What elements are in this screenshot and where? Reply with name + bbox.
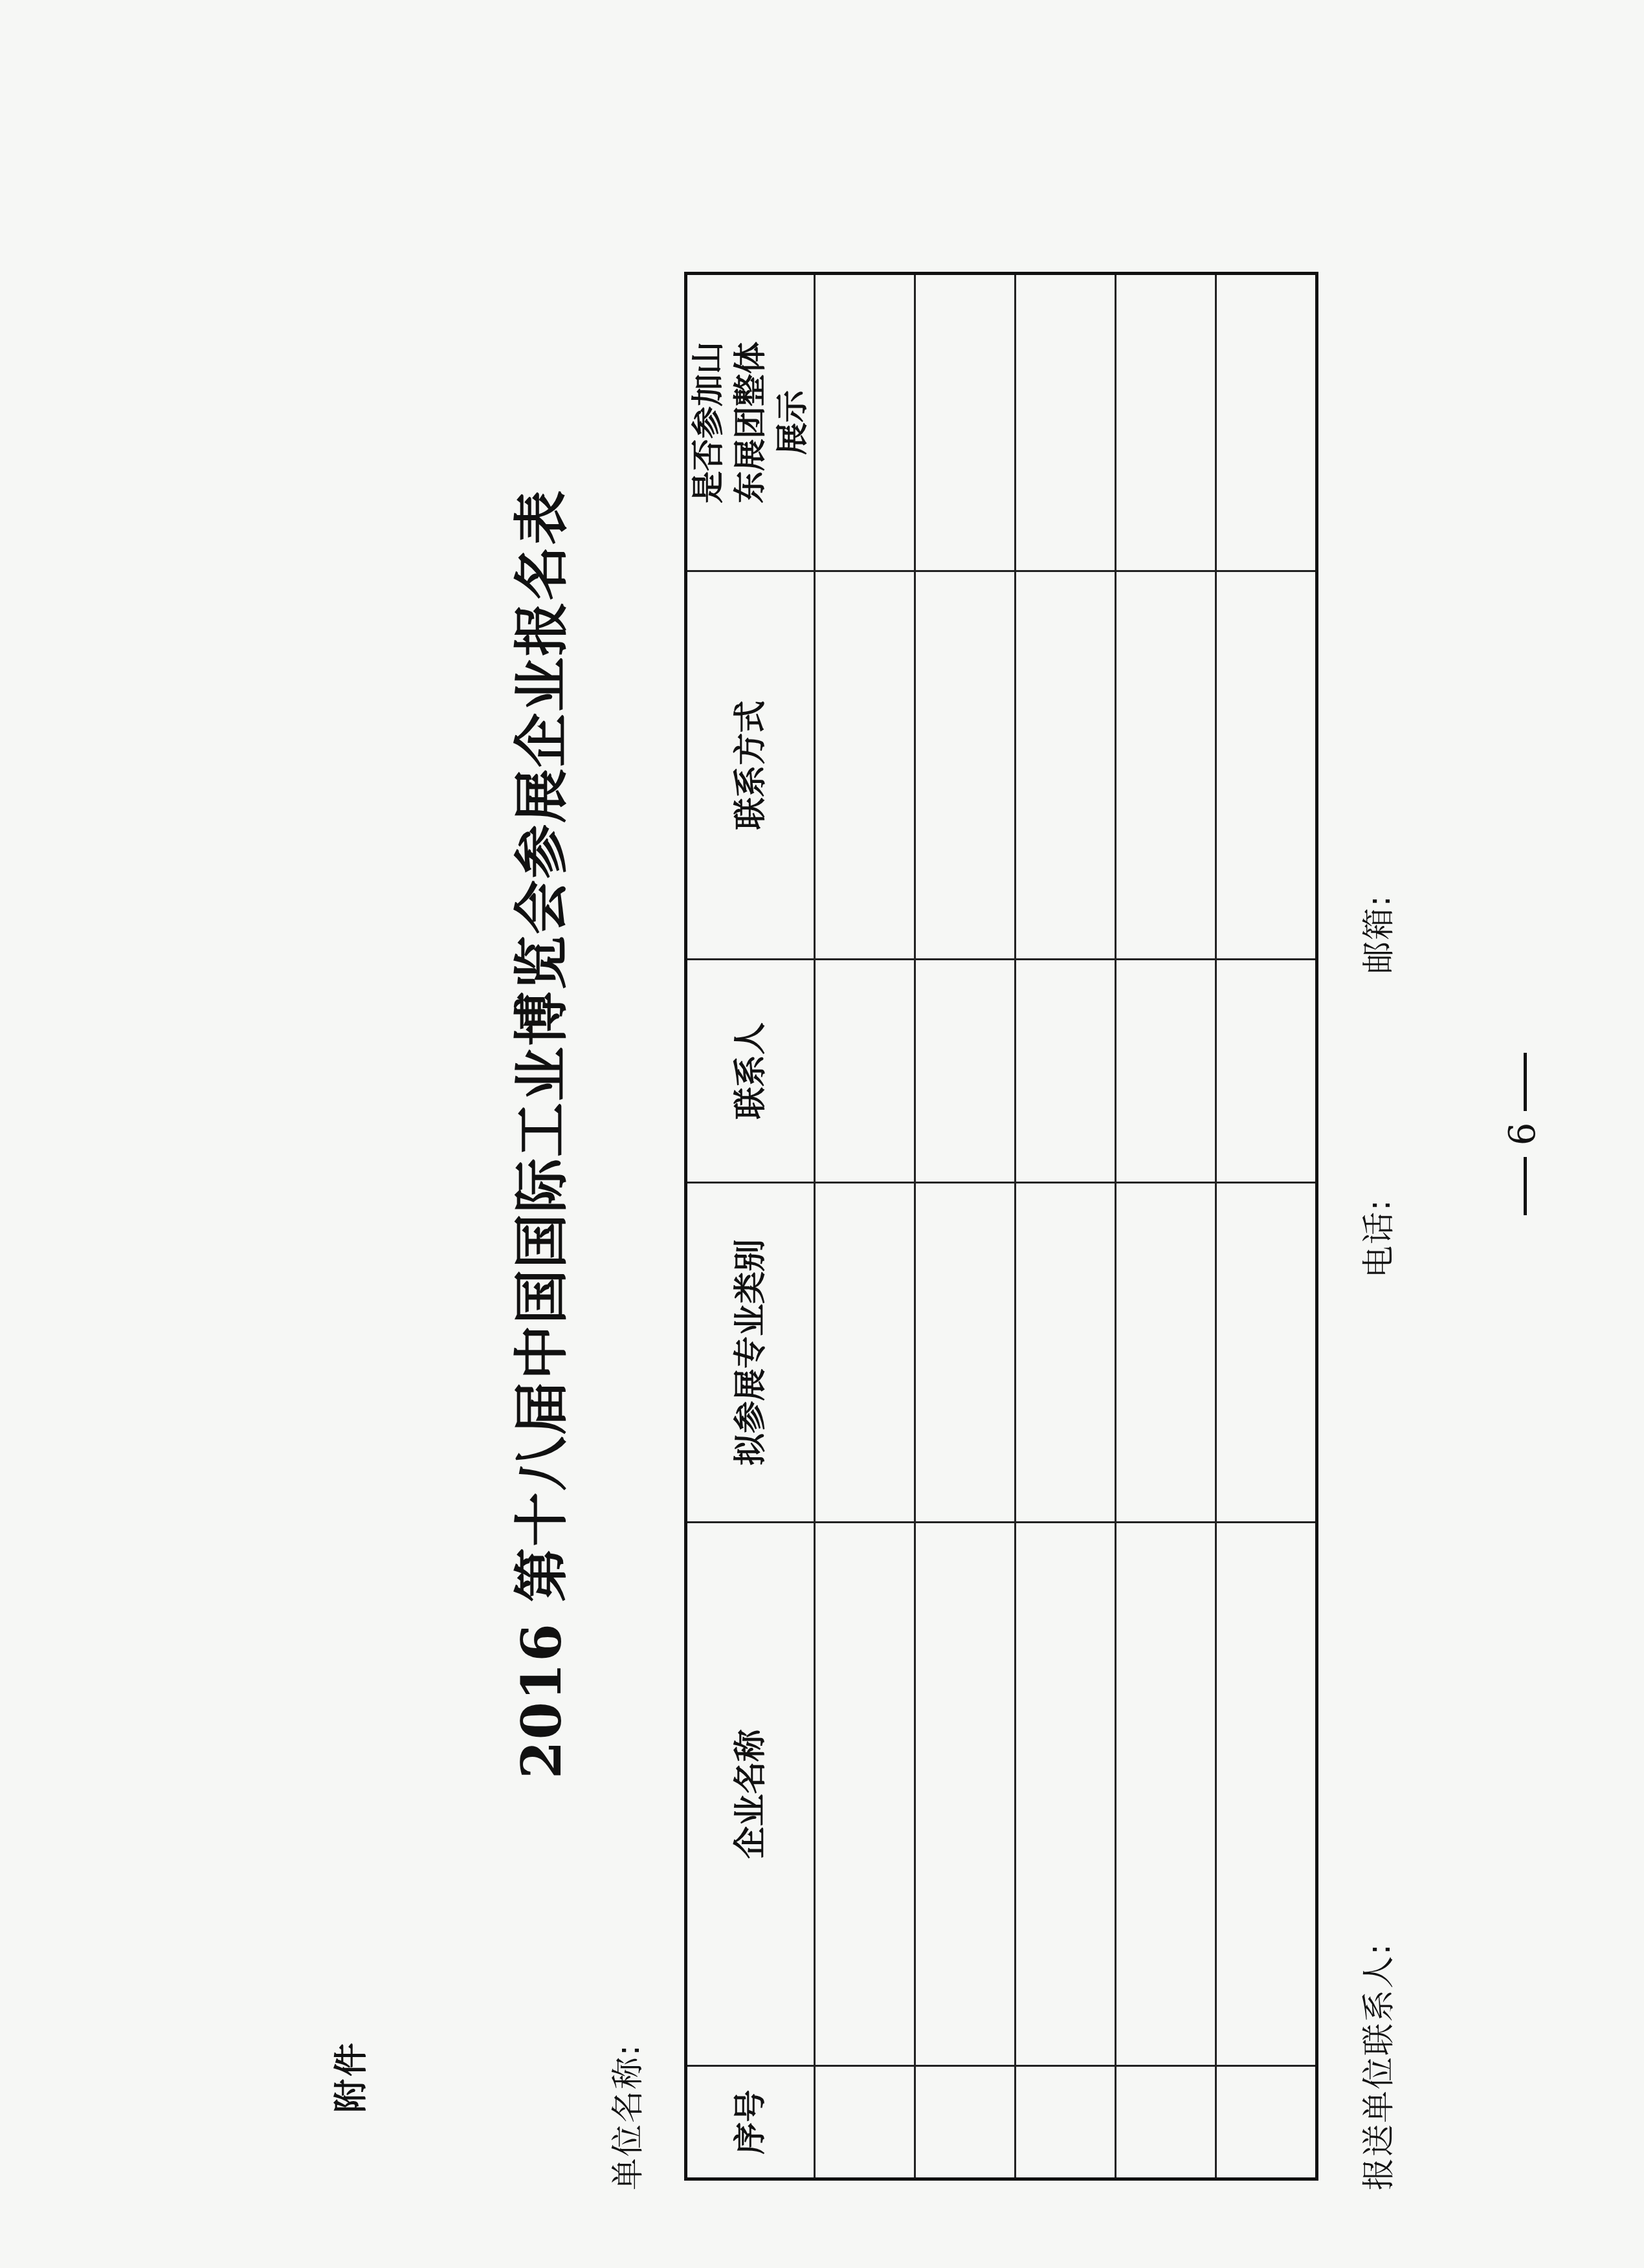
cell-join-shandong-group[interactable] (1016, 274, 1116, 571)
header-contact-person: 联系人 (686, 960, 815, 1183)
cell-contact-person[interactable] (1116, 960, 1216, 1183)
contact-info-field[interactable] (816, 572, 914, 958)
join-shandong-group-field[interactable] (1016, 275, 1115, 570)
join-shandong-group-field[interactable] (816, 275, 914, 570)
contact-info-field[interactable] (916, 572, 1014, 958)
header-contact-info: 联系方式 (686, 571, 815, 960)
cell-contact-info[interactable] (1216, 571, 1317, 960)
footer-phone-label: 电话: (1353, 1198, 1399, 1278)
cell-category[interactable] (1016, 1183, 1116, 1523)
page-number-text: 6 (1502, 1123, 1544, 1146)
join-shandong-group-field[interactable] (1116, 275, 1215, 570)
cell-category[interactable] (815, 1183, 915, 1523)
header-company-name: 企业名称 (686, 1523, 815, 2066)
dash-right (1524, 1053, 1527, 1111)
company-name-field[interactable] (1217, 1523, 1315, 2065)
seq-field[interactable] (1016, 2067, 1115, 2177)
join-shandong-group-field[interactable] (1217, 275, 1315, 570)
document-page: 附件 2016 第十八届中国国际工业博览会参展企业报名表 单位名称: 序号 企业… (0, 0, 1644, 2268)
cell-contact-person[interactable] (815, 960, 915, 1183)
page-number: 6 (1502, 0, 1544, 2268)
company-name-field[interactable] (1116, 1523, 1215, 2065)
cell-contact-info[interactable] (1016, 571, 1116, 960)
cell-join-shandong-group[interactable] (915, 274, 1016, 571)
cell-company-name[interactable] (1116, 1523, 1216, 2066)
category-field[interactable] (1217, 1184, 1315, 1521)
page-title: 2016 第十八届中国国际工业博览会参展企业报名表 (498, 0, 577, 2268)
cell-join-shandong-group[interactable] (1116, 274, 1216, 571)
contact-info-field[interactable] (1217, 572, 1315, 958)
cell-contact-info[interactable] (1116, 571, 1216, 960)
contact-info-field[interactable] (1016, 572, 1115, 958)
cell-seq[interactable] (1216, 2066, 1317, 2179)
footer-email-label: 邮箱: (1353, 894, 1399, 974)
table-row (1116, 274, 1216, 2179)
cell-contact-info[interactable] (915, 571, 1016, 960)
unit-name-label: 单位名称: (602, 2043, 649, 2190)
table-row (1216, 274, 1317, 2179)
contact-person-field[interactable] (1116, 960, 1215, 1182)
cell-contact-person[interactable] (1016, 960, 1116, 1183)
footer-contact-label: 报送单位联系人: (1353, 1943, 1399, 2190)
company-name-field[interactable] (1016, 1523, 1115, 2065)
header-seq: 序号 (686, 2066, 815, 2179)
category-field[interactable] (1016, 1184, 1115, 1521)
attachment-label: 附件 (324, 2040, 372, 2113)
table-row (1016, 274, 1116, 2179)
header-category: 拟参展专业类别 (686, 1183, 815, 1523)
cell-company-name[interactable] (815, 1523, 915, 2066)
company-name-field[interactable] (816, 1523, 914, 2065)
header-join-shandong-group-text: 是否参加山东展团整体展示 (687, 335, 814, 510)
cell-seq[interactable] (915, 2066, 1016, 2179)
cell-join-shandong-group[interactable] (1216, 274, 1317, 571)
cell-company-name[interactable] (915, 1523, 1016, 2066)
header-join-shandong-group: 是否参加山东展团整体展示 (686, 274, 815, 571)
category-field[interactable] (1116, 1184, 1215, 1521)
seq-field[interactable] (1116, 2067, 1215, 2177)
cell-category[interactable] (1116, 1183, 1216, 1523)
company-name-field[interactable] (916, 1523, 1014, 2065)
contact-person-field[interactable] (916, 960, 1014, 1182)
contact-person-field[interactable] (1016, 960, 1115, 1182)
cell-seq[interactable] (815, 2066, 915, 2179)
contact-person-field[interactable] (1217, 960, 1315, 1182)
cell-contact-person[interactable] (915, 960, 1016, 1183)
table-row (915, 274, 1016, 2179)
cell-category[interactable] (915, 1183, 1016, 1523)
contact-info-field[interactable] (1116, 572, 1215, 958)
cell-contact-person[interactable] (1216, 960, 1317, 1183)
category-field[interactable] (916, 1184, 1014, 1521)
cell-category[interactable] (1216, 1183, 1317, 1523)
registration-table: 序号 企业名称 拟参展专业类别 联系人 联系方式 是否参加山东展团整体展示 (684, 272, 1318, 2181)
table-header-row: 序号 企业名称 拟参展专业类别 联系人 联系方式 是否参加山东展团整体展示 (686, 274, 815, 2179)
cell-contact-info[interactable] (815, 571, 915, 960)
cell-company-name[interactable] (1016, 1523, 1116, 2066)
seq-field[interactable] (1217, 2067, 1315, 2177)
join-shandong-group-field[interactable] (916, 275, 1014, 570)
dash-left (1524, 1157, 1527, 1215)
contact-person-field[interactable] (816, 960, 914, 1182)
cell-seq[interactable] (1016, 2066, 1116, 2179)
seq-field[interactable] (816, 2067, 914, 2177)
cell-join-shandong-group[interactable] (815, 274, 915, 571)
table-row (815, 274, 915, 2179)
cell-company-name[interactable] (1216, 1523, 1317, 2066)
cell-seq[interactable] (1116, 2066, 1216, 2179)
category-field[interactable] (816, 1184, 914, 1521)
seq-field[interactable] (916, 2067, 1014, 2177)
